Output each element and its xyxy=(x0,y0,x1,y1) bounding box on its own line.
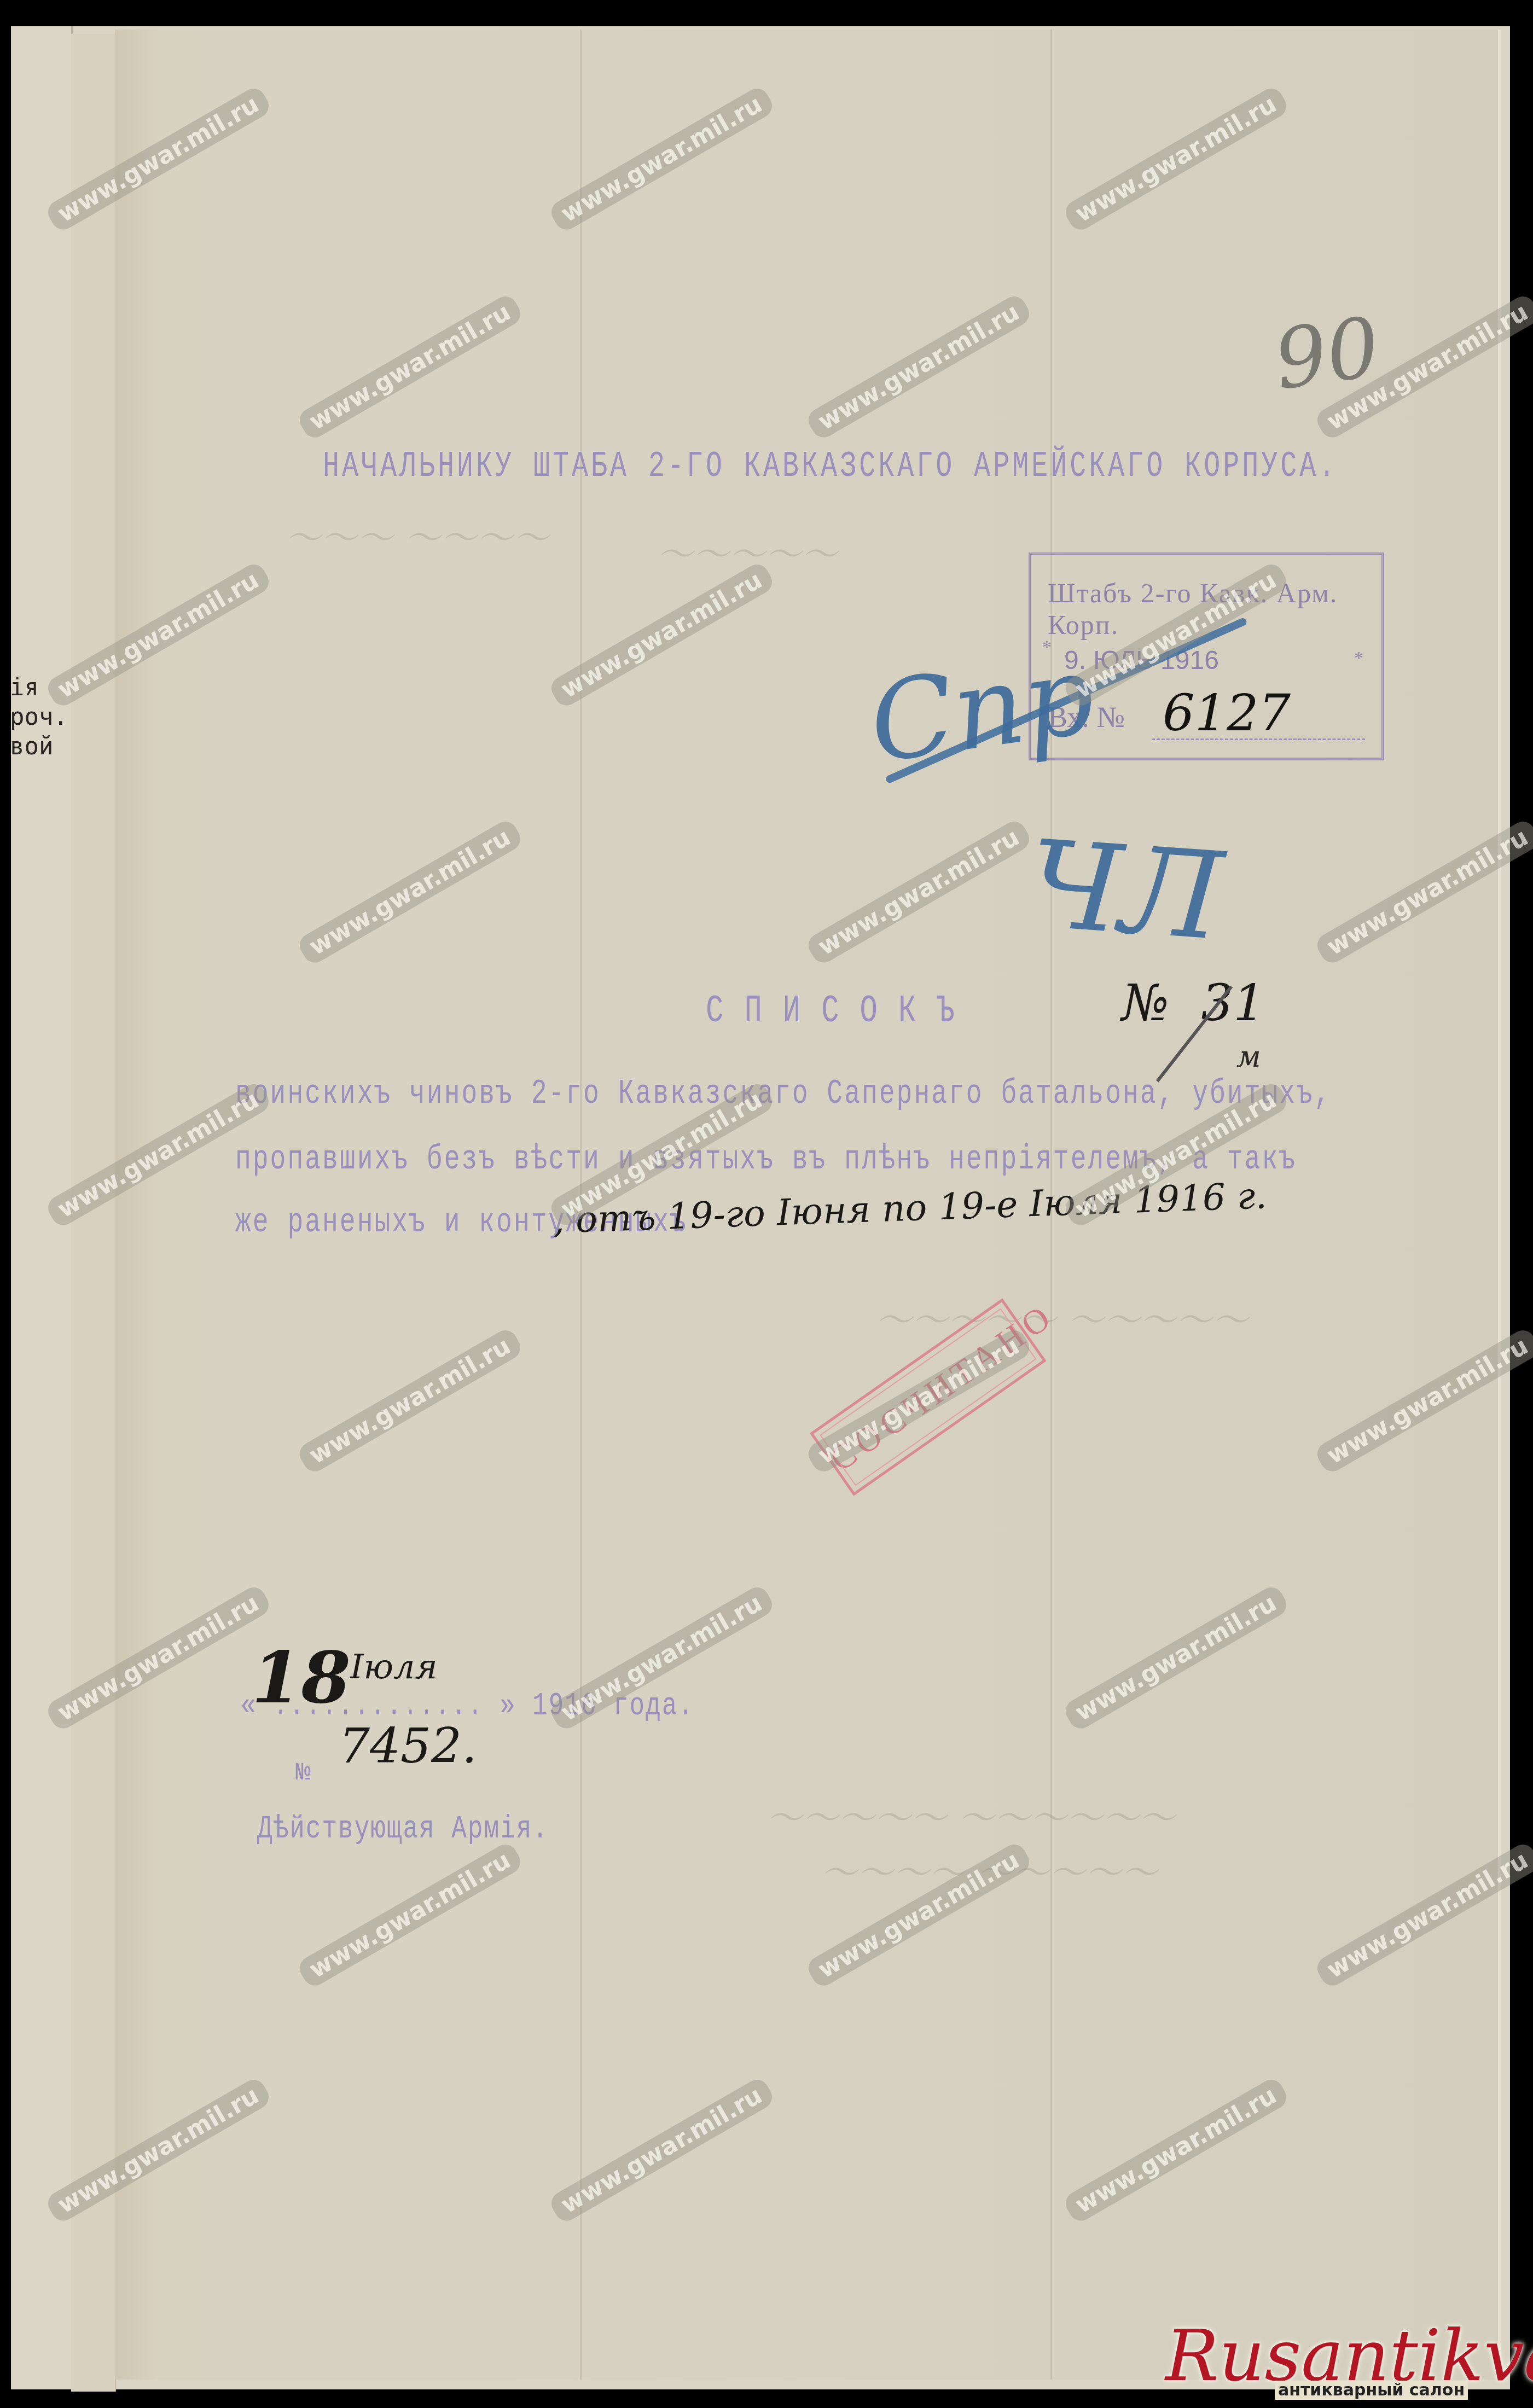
bleed-through-text: ～～～～～ ～～～～～ xyxy=(875,1291,1248,1343)
addressee-heading: НАЧАЛЬНИКУ ШТАБА 2-ГО КАВКАЗСКАГО АРМЕЙС… xyxy=(323,446,1338,488)
bleed-through-text: ～～～～～ ～～～～～～ xyxy=(766,1789,1175,1841)
outgoing-number: 7452. xyxy=(339,1718,477,1774)
bleed-through-text: ～～～ ～～～～ xyxy=(284,509,549,561)
resolution-initials: ЧЛ xyxy=(1024,814,1227,967)
handwritten-month: Іюля xyxy=(350,1647,438,1686)
document-title: СПИСОКЪ xyxy=(706,990,975,1033)
brand-tagline: антикварный салон xyxy=(1275,2381,1468,2400)
list-number: № 31 xyxy=(1122,974,1265,1032)
page-edge xyxy=(1498,30,1501,2380)
army-line: Дѣйствующая Армія. xyxy=(257,1811,549,1848)
list-number-sub: м xyxy=(1236,1039,1261,1074)
body-line: воинскихъ чиновъ 2-го Кавказскаго Саперн… xyxy=(235,1075,1332,1113)
incoming-number: 6127 xyxy=(1163,684,1291,742)
outgoing-number-label: № xyxy=(295,1759,312,1787)
star-icon: * xyxy=(1354,648,1363,669)
